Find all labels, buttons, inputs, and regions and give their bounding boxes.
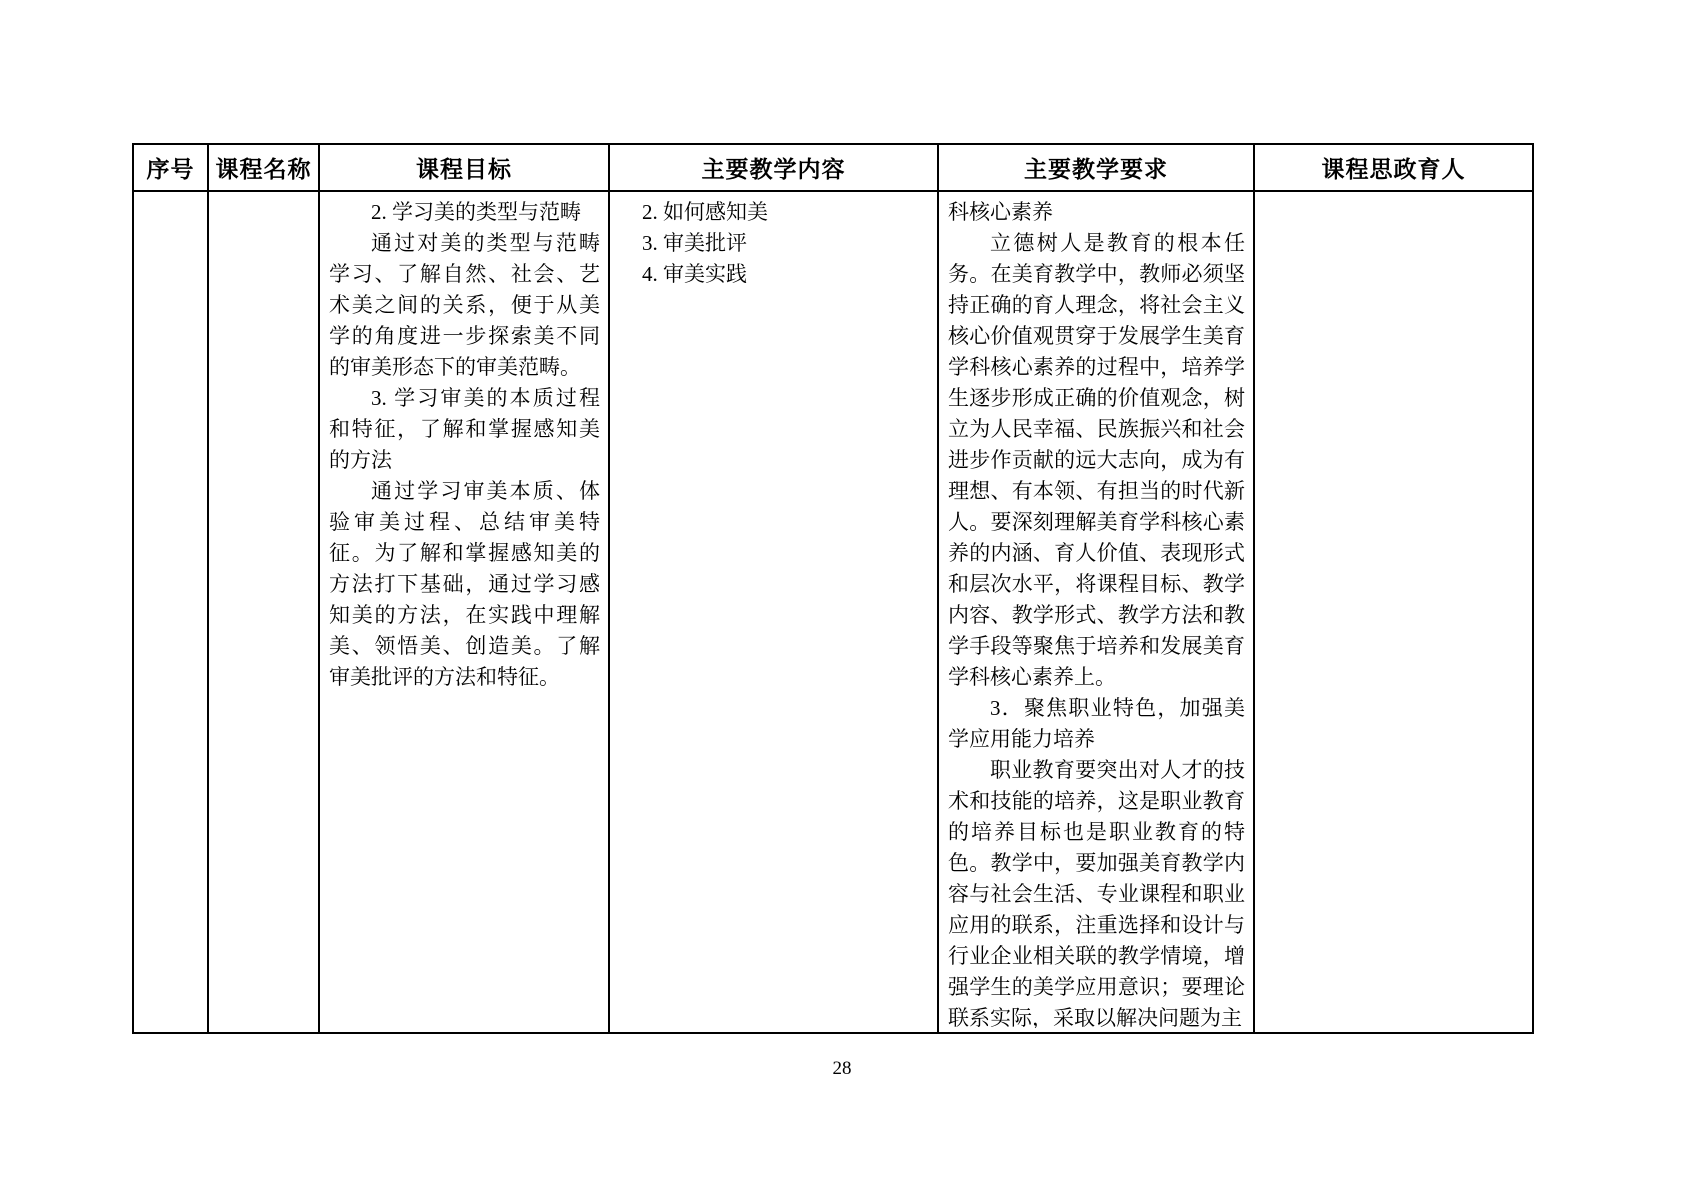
objective-heading: 3. 学习审美的本质过程和特征，了解和掌握感知美的方法 [329,383,600,476]
objective-paragraph: 通过学习审美本质、体验审美过程、总结审美特征。为了解和掌握感知美的方法打下基础，… [329,476,600,693]
course-name-value [209,192,318,1028]
requirements-heading: 3．聚焦职业特色，加强美学应用能力培养 [948,693,1245,755]
header-course-name: 课程名称 [208,144,319,191]
header-ideological-education: 课程思政育人 [1254,144,1533,191]
header-serial-number: 序号 [133,144,208,191]
header-main-teaching-requirements: 主要教学要求 [938,144,1254,191]
course-syllabus-table: 序号 课程名称 课程目标 主要教学内容 主要教学要求 课程思政育人 2. 学习美… [132,143,1534,1034]
table-header-row: 序号 课程名称 课程目标 主要教学内容 主要教学要求 课程思政育人 [133,144,1533,191]
teaching-requirements-text: 科核心素养 立德树人是教育的根本任务。在美育教学中，教师必须坚持正确的育人理念，… [939,192,1253,1028]
cell-main-teaching-requirements: 科核心素养 立德树人是教育的根本任务。在美育教学中，教师必须坚持正确的育人理念，… [938,191,1254,1033]
cell-serial-number [133,191,208,1033]
page-number: 28 [0,1058,1684,1080]
ideological-education-value [1255,192,1532,1028]
teaching-content-item: 2. 如何感知美 [642,197,929,228]
cell-course-name [208,191,319,1033]
objective-paragraph: 通过对美的类型与范畴学习、了解自然、社会、艺术美之间的关系，便于从美学的角度进一… [329,228,600,383]
teaching-content-item: 3. 审美批评 [642,228,929,259]
cell-main-teaching-content: 2. 如何感知美 3. 审美批评 4. 审美实践 [609,191,938,1033]
teaching-content-list: 2. 如何感知美 3. 审美批评 4. 审美实践 [610,192,937,1028]
serial-number-value [134,192,207,1028]
requirements-paragraph: 立德树人是教育的根本任务。在美育教学中，教师必须坚持正确的育人理念，将社会主义核… [948,228,1245,693]
table-row: 2. 学习美的类型与范畴 通过对美的类型与范畴学习、了解自然、社会、艺术美之间的… [133,191,1533,1033]
course-objectives-text: 2. 学习美的类型与范畴 通过对美的类型与范畴学习、了解自然、社会、艺术美之间的… [320,192,608,1028]
header-main-teaching-content: 主要教学内容 [609,144,938,191]
requirements-continuation-line: 科核心素养 [948,197,1245,228]
teaching-content-item: 4. 审美实践 [642,259,929,290]
header-course-objectives: 课程目标 [319,144,609,191]
document-page: 序号 课程名称 课程目标 主要教学内容 主要教学要求 课程思政育人 2. 学习美… [0,0,1684,1191]
cell-course-objectives: 2. 学习美的类型与范畴 通过对美的类型与范畴学习、了解自然、社会、艺术美之间的… [319,191,609,1033]
cell-ideological-education [1254,191,1533,1033]
requirements-paragraph: 职业教育要突出对人才的技术和技能的培养，这是职业教育的培养目标也是职业教育的特色… [948,755,1245,1028]
objective-heading: 2. 学习美的类型与范畴 [329,197,600,228]
